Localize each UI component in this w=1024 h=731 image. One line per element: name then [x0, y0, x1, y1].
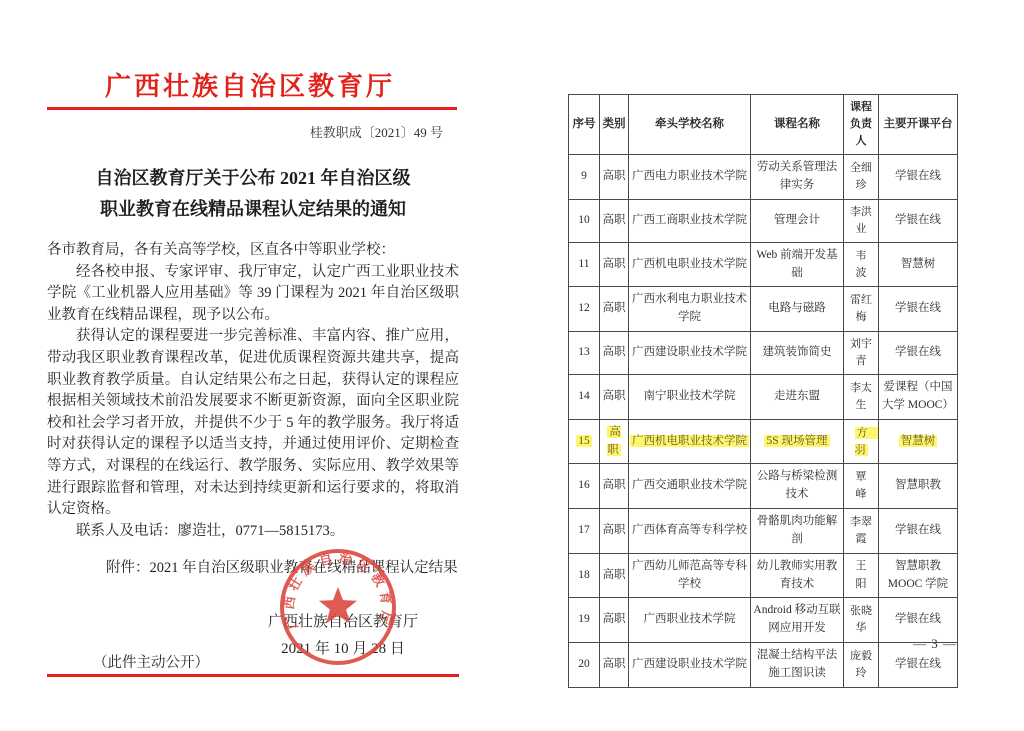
cell-text: 高职: [603, 658, 626, 670]
cell-course: 幼儿教师实用教育技术: [751, 553, 844, 598]
star-icon: [319, 587, 357, 623]
salutation: 各市教育局，各有关高等学校，区直各中等职业学校：: [47, 240, 459, 262]
cell-text: 5S 现场管理: [764, 435, 829, 447]
cell-platform: 智慧树: [879, 242, 958, 287]
cell-course: 混凝土结构平法施工图识读: [751, 642, 844, 687]
cell-text: 广西交通职业技术学院: [632, 479, 747, 491]
cell-text: 广西建设职业技术学院: [632, 346, 747, 358]
cell-leader: 雷红梅: [844, 287, 879, 332]
cell-text: 18: [578, 569, 590, 581]
cell-text: 广西工商职业技术学院: [632, 214, 747, 226]
notice-title-line1: 自治区教育厅关于公布 2021 年自治区级: [41, 163, 465, 194]
results-table: 序号 类别 牵头学校名称 课程名称 课程 负责人 主要开课平台 9高职广西电力职…: [568, 94, 958, 688]
cell-text: 劳动关系管理法律实务: [757, 161, 838, 191]
cell-school: 广西水利电力职业技术学院: [629, 287, 751, 332]
header-platform: 主要开课平台: [879, 95, 958, 155]
cell-text: 李太生: [850, 382, 872, 411]
cell-course: 公路与桥梁检测技术: [751, 464, 844, 509]
cell-text: 16: [578, 479, 590, 491]
cell-no: 10: [569, 199, 600, 242]
cell-leader: 李太生: [844, 375, 879, 420]
cell-course: 走进东盟: [751, 375, 844, 420]
cell-course: 5S 现场管理: [751, 419, 844, 464]
attachment-line: 附件：2021 年自治区级职业教育在线精品课程认定结果: [77, 558, 459, 580]
cell-school: 广西机电职业技术学院: [629, 242, 751, 287]
cell-text: 高职: [603, 170, 626, 182]
cell-course: 电路与磁路: [751, 287, 844, 332]
cell-text: 11: [578, 258, 589, 270]
cell-category: 高职: [600, 553, 629, 598]
cell-text: 覃 峰: [856, 471, 878, 500]
cell-text: 刘宇青: [850, 338, 872, 367]
cell-text: 高职: [607, 426, 621, 456]
cell-text: 19: [578, 613, 590, 625]
cell-text: Android 移动互联网应用开发: [753, 604, 840, 634]
contact-line: 联系人及电话：廖造壮，0771—5815173。: [47, 521, 459, 543]
header-school: 牵头学校名称: [629, 95, 751, 155]
header-course: 课程名称: [751, 95, 844, 155]
cell-category: 高职: [600, 642, 629, 687]
cell-text: 广西职业技术学院: [644, 613, 736, 625]
cell-text: 9: [581, 170, 587, 182]
cell-platform: 智慧树: [879, 419, 958, 464]
cell-text: 方 羽: [855, 427, 879, 456]
cell-category: 高职: [600, 598, 629, 643]
cell-platform: 智慧职教: [879, 464, 958, 509]
cell-category: 高职: [600, 332, 629, 375]
cell-leader: 方 羽: [844, 419, 879, 464]
doc-number: 桂教职成〔2021〕49 号: [47, 122, 443, 141]
cell-leader: 王 阳: [844, 553, 879, 598]
cell-text: 幼儿教师实用教育技术: [757, 560, 838, 590]
cell-no: 18: [569, 553, 600, 598]
cell-school: 广西交通职业技术学院: [629, 464, 751, 509]
cell-no: 16: [569, 464, 600, 509]
cell-no: 12: [569, 287, 600, 332]
table-row: 18高职广西幼儿师范高等专科学校幼儿教师实用教育技术王 阳智慧职教 MOOC 学…: [569, 553, 958, 598]
cell-text: 公路与桥梁检测技术: [757, 470, 838, 500]
document-scan: 广西壮族自治区教育厅 桂教职成〔2021〕49 号 自治区教育厅关于公布 202…: [0, 0, 1024, 731]
cell-category: 高职: [600, 375, 629, 420]
cell-platform: 学银在线: [879, 155, 958, 200]
cell-text: 学银在线: [895, 302, 941, 314]
cell-no: 19: [569, 598, 600, 643]
cell-text: 南宁职业技术学院: [644, 390, 736, 402]
cell-text: 12: [578, 302, 590, 314]
cell-platform: 爱课程（中国大学 MOOC）: [879, 375, 958, 420]
cell-text: 智慧树: [901, 258, 936, 270]
cell-text: 10: [578, 214, 590, 226]
cell-text: 高职: [603, 479, 626, 491]
notice-body: 各市教育局，各有关高等学校，区直各中等职业学校： 经各校申报、专家评审、我厅审定…: [47, 240, 459, 580]
cell-text: 高职: [603, 390, 626, 402]
cell-text: 高职: [603, 258, 626, 270]
red-header-rule: [47, 107, 457, 110]
cell-school: 广西职业技术学院: [629, 598, 751, 643]
cell-platform: 学银在线: [879, 287, 958, 332]
cell-text: 广西幼儿师范高等专科学校: [632, 560, 747, 590]
cell-text: 学银在线: [895, 658, 941, 670]
cell-category: 高职: [600, 242, 629, 287]
cell-platform: 学银在线: [879, 332, 958, 375]
cell-text: 14: [578, 390, 590, 402]
cell-platform: 智慧职教 MOOC 学院: [879, 553, 958, 598]
cell-no: 17: [569, 509, 600, 554]
notice-title: 自治区教育厅关于公布 2021 年自治区级 职业教育在线精品课程认定结果的通知: [41, 163, 465, 225]
cell-text: 张晓华: [850, 605, 872, 634]
cell-text: 学银在线: [895, 524, 941, 536]
cell-no: 11: [569, 242, 600, 287]
notice-title-line2: 职业教育在线精品课程认定结果的通知: [41, 194, 465, 225]
cell-text: 高职: [603, 613, 626, 625]
page-number: — 3 —: [860, 636, 957, 652]
header-no: 序号: [569, 95, 600, 155]
table-row: 14高职南宁职业技术学院走进东盟李太生爱课程（中国大学 MOOC）: [569, 375, 958, 420]
cell-school: 广西幼儿师范高等专科学校: [629, 553, 751, 598]
official-seal: 广西壮族自治区教育厅: [276, 545, 400, 669]
cell-platform: 学银在线: [879, 509, 958, 554]
table-row: 17高职广西体育高等专科学校骨骼肌肉功能解剖李翠霞学银在线: [569, 509, 958, 554]
cell-text: 高职: [603, 214, 626, 226]
red-footer-rule: [47, 674, 459, 677]
header-category: 类别: [600, 95, 629, 155]
cell-text: 韦 波: [856, 250, 878, 279]
table-row: 9高职广西电力职业技术学院劳动关系管理法律实务全细珍学银在线: [569, 155, 958, 200]
cell-text: 高职: [603, 524, 626, 536]
cell-no: 14: [569, 375, 600, 420]
cell-school: 广西工商职业技术学院: [629, 199, 751, 242]
cell-text: 王 阳: [856, 560, 878, 589]
cell-text: 学银在线: [895, 613, 941, 625]
cell-school: 广西建设职业技术学院: [629, 332, 751, 375]
cell-text: 智慧树: [899, 435, 938, 447]
cell-category: 高职: [600, 464, 629, 509]
cell-text: 管理会计: [774, 214, 820, 226]
cell-text: 电路与磁路: [768, 302, 826, 314]
cell-text: 全细珍: [850, 162, 872, 191]
cell-no: 15: [569, 419, 600, 464]
cell-text: 学银在线: [895, 346, 941, 358]
cell-text: 广西电力职业技术学院: [632, 170, 747, 182]
cell-leader: 韦 波: [844, 242, 879, 287]
cell-text: 高职: [603, 569, 626, 581]
cell-text: 走进东盟: [774, 390, 820, 402]
cell-course: Web 前端开发基础: [751, 242, 844, 287]
cell-text: 广西建设职业技术学院: [632, 658, 747, 670]
cell-text: 广西水利电力职业技术学院: [632, 293, 747, 323]
cell-text: 学银在线: [895, 170, 941, 182]
cell-text: 爱课程（中国大学 MOOC）: [882, 381, 954, 411]
cell-leader: 李洪业: [844, 199, 879, 242]
table-row: 16高职广西交通职业技术学院公路与桥梁检测技术覃 峰智慧职教: [569, 464, 958, 509]
cell-category: 高职: [600, 155, 629, 200]
cell-no: 20: [569, 642, 600, 687]
cell-text: 高职: [603, 302, 626, 314]
cell-text: 广西机电职业技术学院: [632, 258, 747, 270]
table-row: 12高职广西水利电力职业技术学院电路与磁路雷红梅学银在线: [569, 287, 958, 332]
cell-text: 李翠霞: [850, 516, 872, 545]
cell-leader: 刘宇青: [844, 332, 879, 375]
cell-leader: 全细珍: [844, 155, 879, 200]
table-row: 10高职广西工商职业技术学院管理会计李洪业学银在线: [569, 199, 958, 242]
cell-text: 广西体育高等专科学校: [632, 524, 747, 536]
table-row: 11高职广西机电职业技术学院Web 前端开发基础韦 波智慧树: [569, 242, 958, 287]
cell-school: 广西建设职业技术学院: [629, 642, 751, 687]
table-header-row: 序号 类别 牵头学校名称 课程名称 课程 负责人 主要开课平台: [569, 95, 958, 155]
cell-text: 庞毅玲: [850, 650, 872, 679]
cell-course: 建筑装饰简史: [751, 332, 844, 375]
cell-text: 智慧职教: [895, 479, 941, 491]
cell-text: 建筑装饰简史: [763, 346, 832, 358]
disclosure-note: （此件主动公开）: [93, 651, 209, 672]
cell-text: 智慧职教 MOOC 学院: [888, 560, 948, 590]
cell-school: 广西体育高等专科学校: [629, 509, 751, 554]
cell-platform: 学银在线: [879, 199, 958, 242]
cell-category: 高职: [600, 419, 629, 464]
cell-text: 学银在线: [895, 214, 941, 226]
cell-course: 劳动关系管理法律实务: [751, 155, 844, 200]
cell-category: 高职: [600, 509, 629, 554]
cell-text: 雷红梅: [850, 294, 872, 323]
body-paragraph-2: 获得认定的课程要进一步完善标准、丰富内容、推广应用，带动我区职业教育课程改革，促…: [47, 326, 459, 520]
cell-school: 广西机电职业技术学院: [629, 419, 751, 464]
table-row: 13高职广西建设职业技术学院建筑装饰简史刘宇青学银在线: [569, 332, 958, 375]
cell-text: 骨骼肌肉功能解剖: [757, 515, 838, 545]
cell-leader: 李翠霞: [844, 509, 879, 554]
cell-text: 高职: [603, 346, 626, 358]
cell-text: 李洪业: [850, 206, 872, 235]
cell-text: 广西机电职业技术学院: [630, 435, 749, 447]
header-leader: 课程 负责人: [844, 95, 879, 155]
cell-no: 13: [569, 332, 600, 375]
cell-course: 管理会计: [751, 199, 844, 242]
cell-course: 骨骼肌肉功能解剖: [751, 509, 844, 554]
cell-course: Android 移动互联网应用开发: [751, 598, 844, 643]
cell-text: Web 前端开发基础: [756, 249, 837, 279]
cell-text: 15: [576, 435, 592, 447]
cell-text: 13: [578, 346, 590, 358]
agency-title: 广西壮族自治区教育厅: [47, 66, 453, 103]
cell-school: 南宁职业技术学院: [629, 375, 751, 420]
cell-text: 混凝土结构平法施工图识读: [757, 649, 838, 679]
cell-leader: 覃 峰: [844, 464, 879, 509]
cell-category: 高职: [600, 287, 629, 332]
cell-text: 20: [578, 658, 590, 670]
body-paragraph-1: 经各校申报、专家评审、我厅审定，认定广西工业职业技术学院《工业机器人应用基础》等…: [47, 262, 459, 327]
table-row: 15高职广西机电职业技术学院5S 现场管理方 羽智慧树: [569, 419, 958, 464]
cell-text: 17: [578, 524, 590, 536]
results-table-body: 9高职广西电力职业技术学院劳动关系管理法律实务全细珍学银在线10高职广西工商职业…: [569, 155, 958, 687]
cell-no: 9: [569, 155, 600, 200]
cell-category: 高职: [600, 199, 629, 242]
cell-school: 广西电力职业技术学院: [629, 155, 751, 200]
